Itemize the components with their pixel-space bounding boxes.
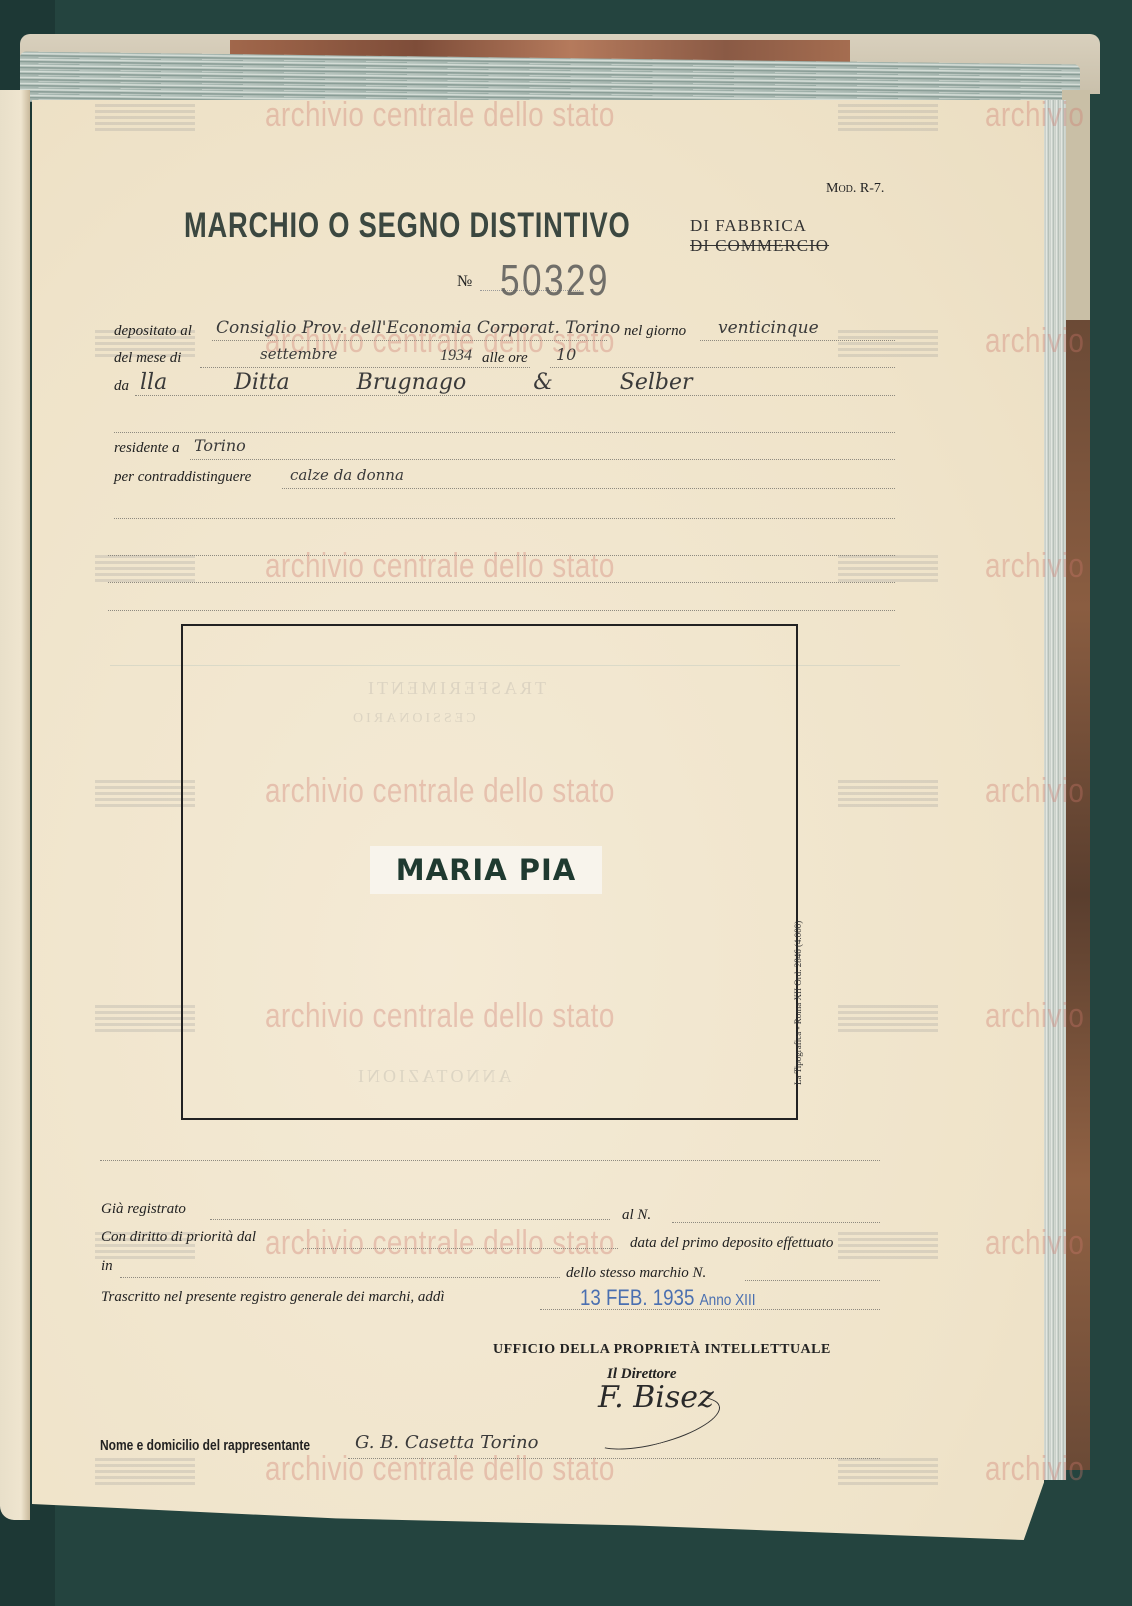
distinguish-label: per contraddistinguere — [114, 469, 251, 486]
watermark: archivio — [985, 547, 1084, 586]
resident-line — [190, 459, 895, 460]
first-deposit-label: data del primo deposito effettuato — [630, 1235, 833, 1252]
in-label: in — [101, 1258, 113, 1275]
subtitle-struck: DI COMMERCIO — [690, 236, 829, 256]
watermark: archivio centrale dello stato — [265, 547, 615, 586]
resident-value[interactable]: Torino — [194, 436, 246, 455]
resident-label: residente a — [114, 440, 180, 457]
deposited-at-line — [212, 340, 607, 341]
watermark: archivio — [985, 1224, 1084, 1263]
blank-line — [108, 610, 895, 611]
previous-page-edge — [0, 90, 30, 1520]
at-number-line[interactable] — [672, 1222, 880, 1223]
day-label: nel giorno — [624, 323, 686, 340]
representative-line — [348, 1458, 880, 1459]
blank-line — [100, 1160, 880, 1161]
already-registered-line[interactable] — [210, 1219, 610, 1220]
watermark: archivio centrale dello stato — [265, 96, 615, 135]
month-label: del mese di — [114, 350, 181, 367]
distinguish-value[interactable]: calze da donna — [290, 466, 404, 484]
hour-line — [550, 367, 895, 368]
watermark-logo-icon — [95, 1458, 195, 1486]
hour-value[interactable]: 10 — [556, 345, 576, 364]
by-line — [135, 395, 895, 396]
watermark-logo-icon — [838, 1458, 938, 1486]
watermark: archivio centrale dello stato — [265, 1450, 615, 1489]
at-number-label: al N. — [622, 1207, 651, 1224]
subtitle-kept: DI FABBRICA — [690, 216, 829, 236]
priority-line[interactable] — [303, 1248, 618, 1249]
form-title: MARCHIO O SEGNO DISTINTIVO — [184, 206, 630, 246]
watermark-logo-icon — [838, 104, 938, 132]
day-line — [700, 340, 895, 341]
watermark-logo-icon — [838, 1232, 938, 1260]
day-value[interactable]: venticinque — [718, 318, 819, 338]
stamp-date-day: 13 FEB. 1935 — [580, 1285, 694, 1310]
deposited-at-value[interactable]: Consiglio Prov. dell'Economia Corporat. … — [216, 318, 620, 338]
watermark-logo-icon — [95, 555, 195, 583]
model-code: Mod. R-7. — [826, 181, 884, 197]
representative-value[interactable]: G. B. Casetta Torino — [355, 1432, 538, 1453]
printer-note: La Tipografica - Roma XII Ord. 2846 (4.0… — [793, 921, 803, 1085]
watermark: archivio — [985, 96, 1084, 135]
watermark: archivio — [985, 772, 1084, 811]
representative-label: Nome e domicilio del rappresentante — [100, 1437, 310, 1454]
priority-label: Con diritto di priorità dal — [101, 1229, 256, 1246]
by-value[interactable]: lla Ditta Brugnago & Selber — [140, 370, 693, 395]
watermark-logo-icon — [838, 555, 938, 583]
blank-line — [108, 582, 895, 583]
trademark-label: MARIA PIA — [370, 846, 602, 894]
watermark: archivio — [985, 997, 1084, 1036]
watermark-logo-icon — [838, 330, 938, 358]
same-mark-line[interactable] — [745, 1280, 880, 1281]
watermark: archivio centrale dello stato — [265, 1224, 615, 1263]
watermark-logo-icon — [95, 104, 195, 132]
number-label: № — [457, 273, 472, 291]
watermark: archivio — [985, 322, 1084, 361]
form-subtitle: DI FABBRICA DI COMMERCIO — [690, 216, 829, 256]
trademark-text: MARIA PIA — [396, 853, 576, 887]
transcribed-label: Trascritto nel presente registro general… — [101, 1289, 445, 1306]
blank-line — [108, 555, 895, 556]
month-value[interactable]: settembre — [260, 345, 337, 363]
deposited-at-label: depositato al — [114, 323, 192, 340]
blank-line — [114, 518, 895, 519]
in-line[interactable] — [120, 1277, 560, 1278]
year-value[interactable]: 1934 — [440, 347, 472, 365]
same-mark-label: dello stesso marchio N. — [566, 1265, 706, 1282]
blank-line — [114, 432, 895, 433]
stamp-date-year: Anno XIII — [700, 1292, 756, 1309]
registration-number-stamp: 50329 — [500, 256, 610, 306]
hour-label: alle ore — [482, 350, 528, 367]
watermark: archivio — [985, 1450, 1084, 1489]
date-stamp: 13 FEB. 1935 Anno XIII — [580, 1285, 756, 1311]
already-registered-label: Già registrato — [101, 1201, 186, 1218]
office-name: UFFICIO DELLA PROPRIETÀ INTELLETTUALE — [493, 1342, 831, 1358]
month-line — [200, 367, 530, 368]
by-label: da — [114, 378, 129, 395]
distinguish-line — [282, 488, 895, 489]
